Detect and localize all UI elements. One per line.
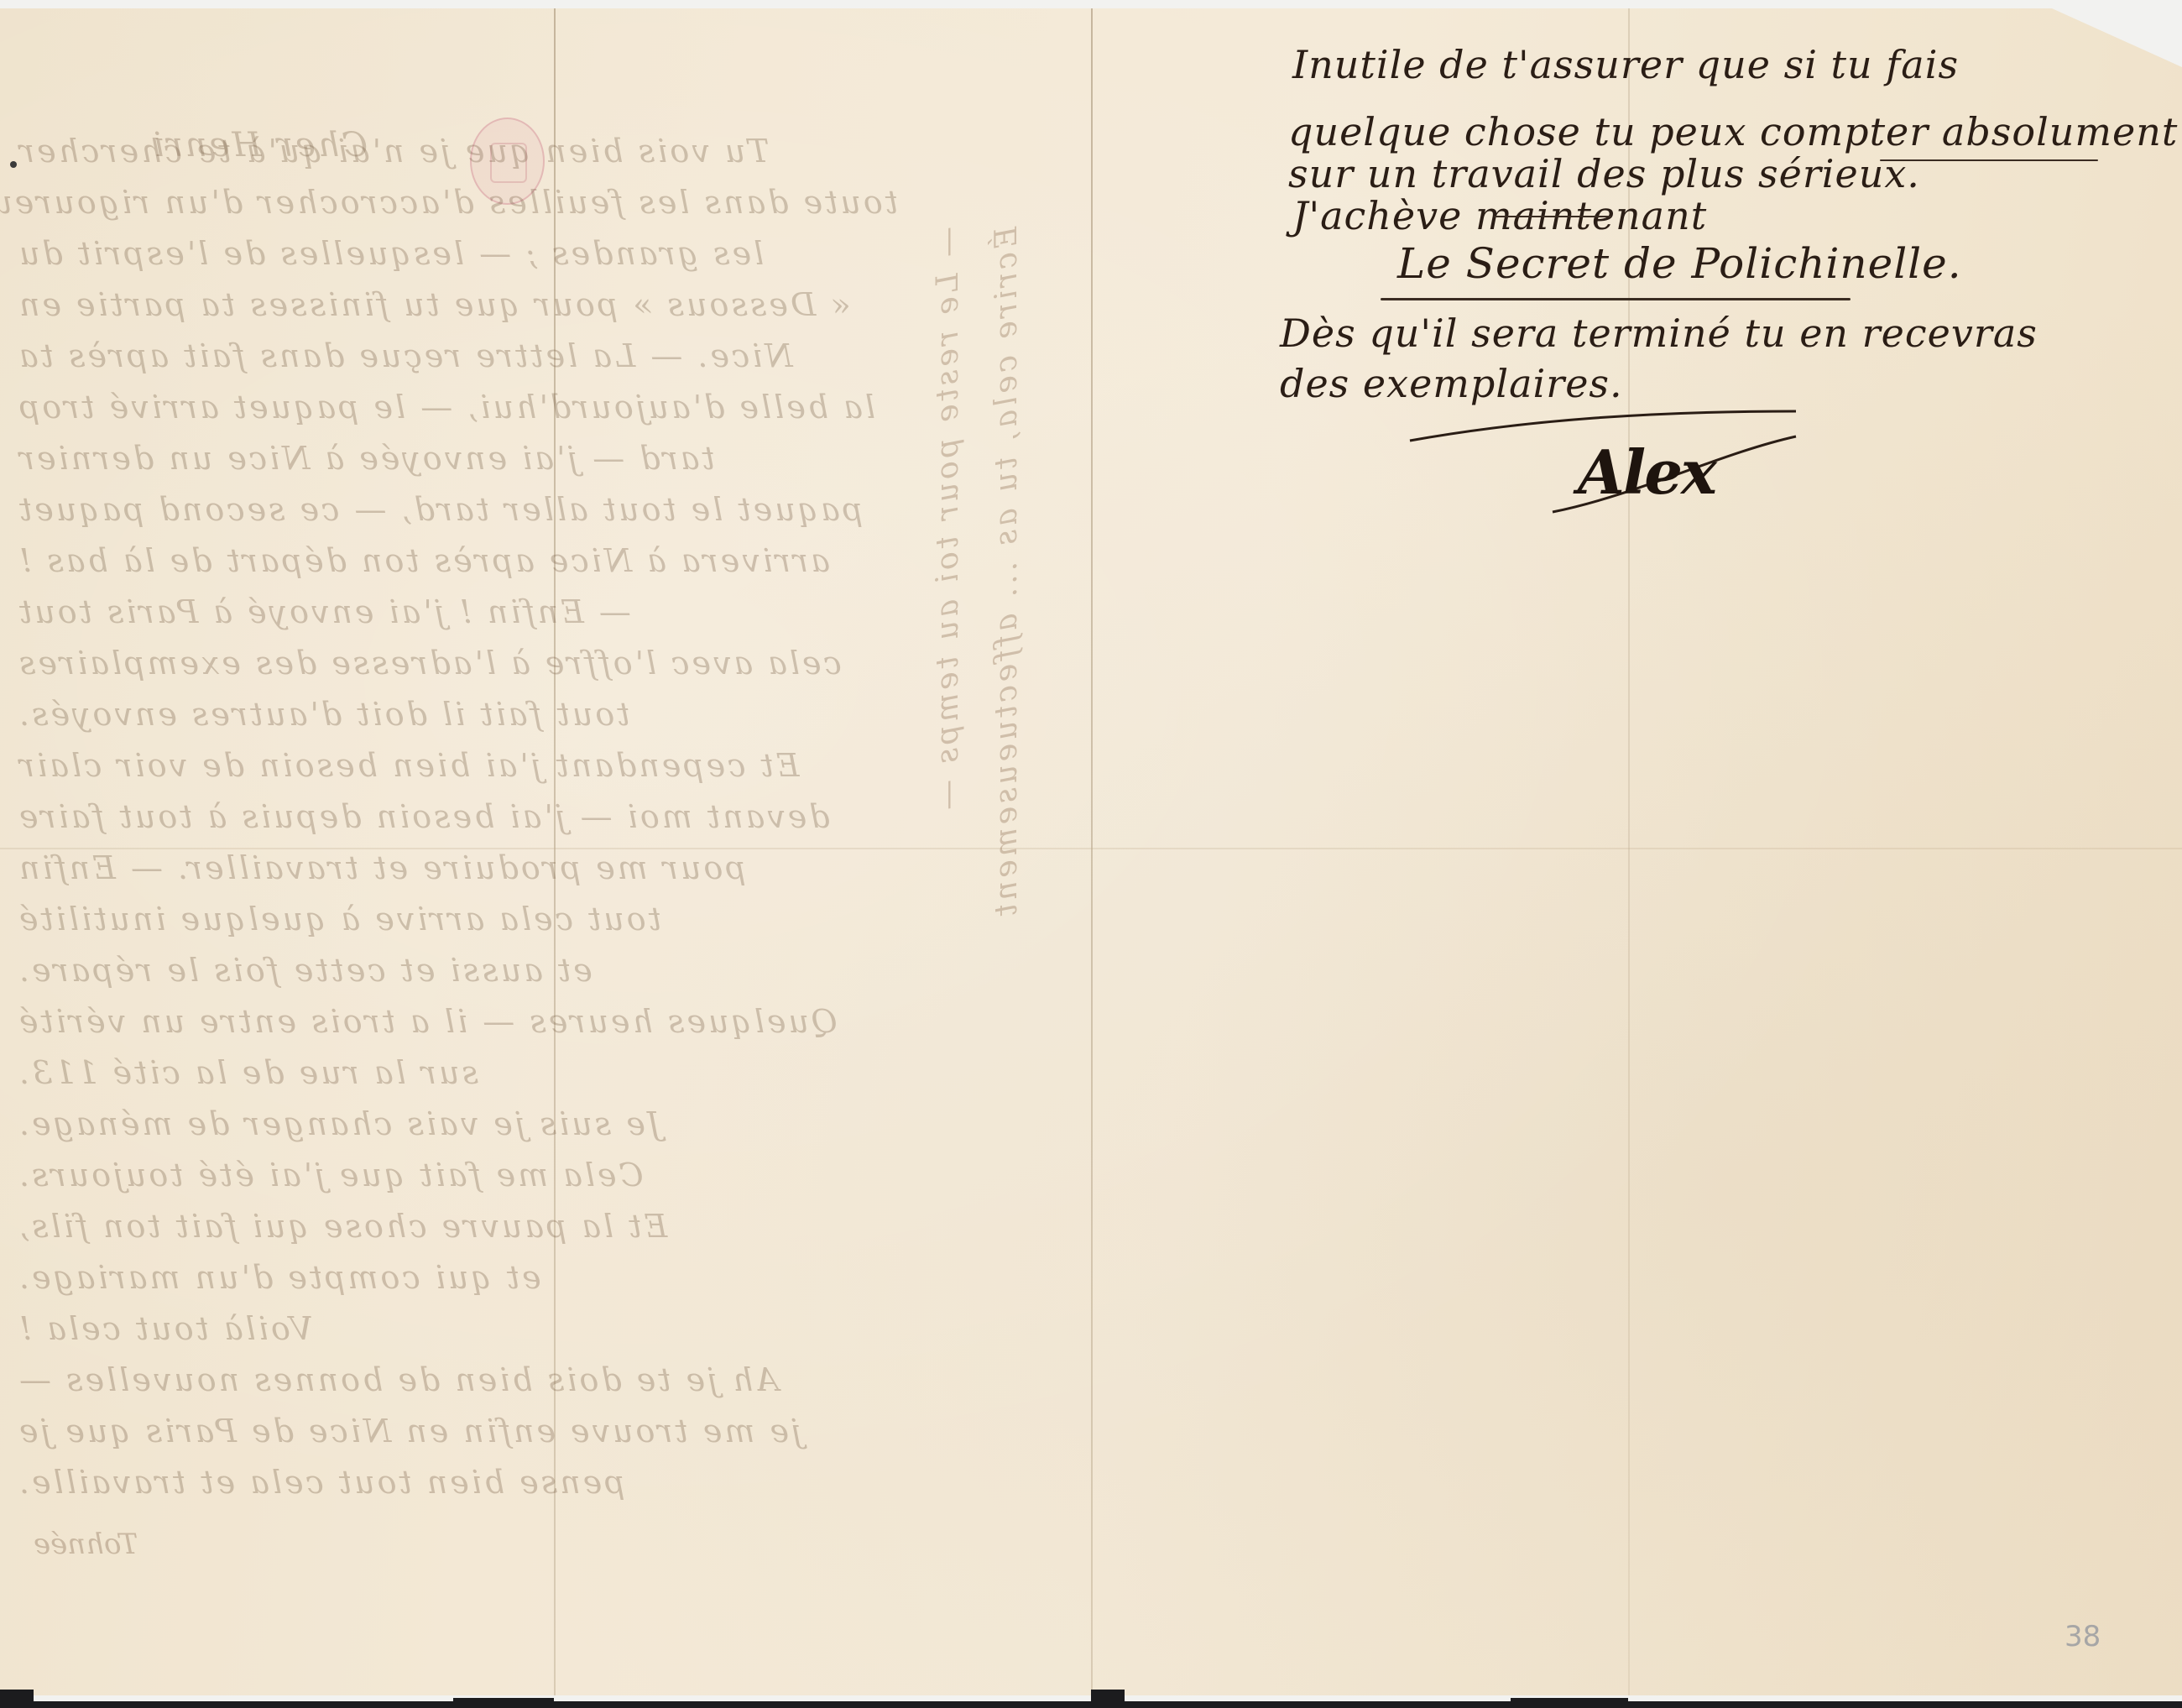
separator-rule — [1381, 298, 1851, 300]
signature: Alex — [1578, 436, 1715, 508]
pencil-folio-number: 38 — [2065, 1620, 2101, 1653]
letter-line-2-text: quelque chose tu peux compter absolument — [1288, 109, 2178, 154]
work-title: Le Secret de Polichinelle. — [1397, 239, 1962, 288]
dash-after-maintenant — [1494, 216, 1611, 217]
scanner-bed-edge — [0, 1701, 2182, 1708]
letter-line-3: sur un travail des plus sérieux. — [1288, 151, 1920, 196]
letter-line-2: quelque chose tu peux compter absolument — [1288, 109, 2178, 154]
letter-line-7: des exemplaires. — [1280, 361, 1623, 406]
letter-recto: Inutile de t'assurer que si tu fais quel… — [0, 0, 2182, 1708]
letter-line-6: Dès qu'il sera terminé tu en recevras — [1280, 311, 2038, 356]
letter-line-1: Inutile de t'assurer que si tu fais — [1292, 42, 1959, 87]
